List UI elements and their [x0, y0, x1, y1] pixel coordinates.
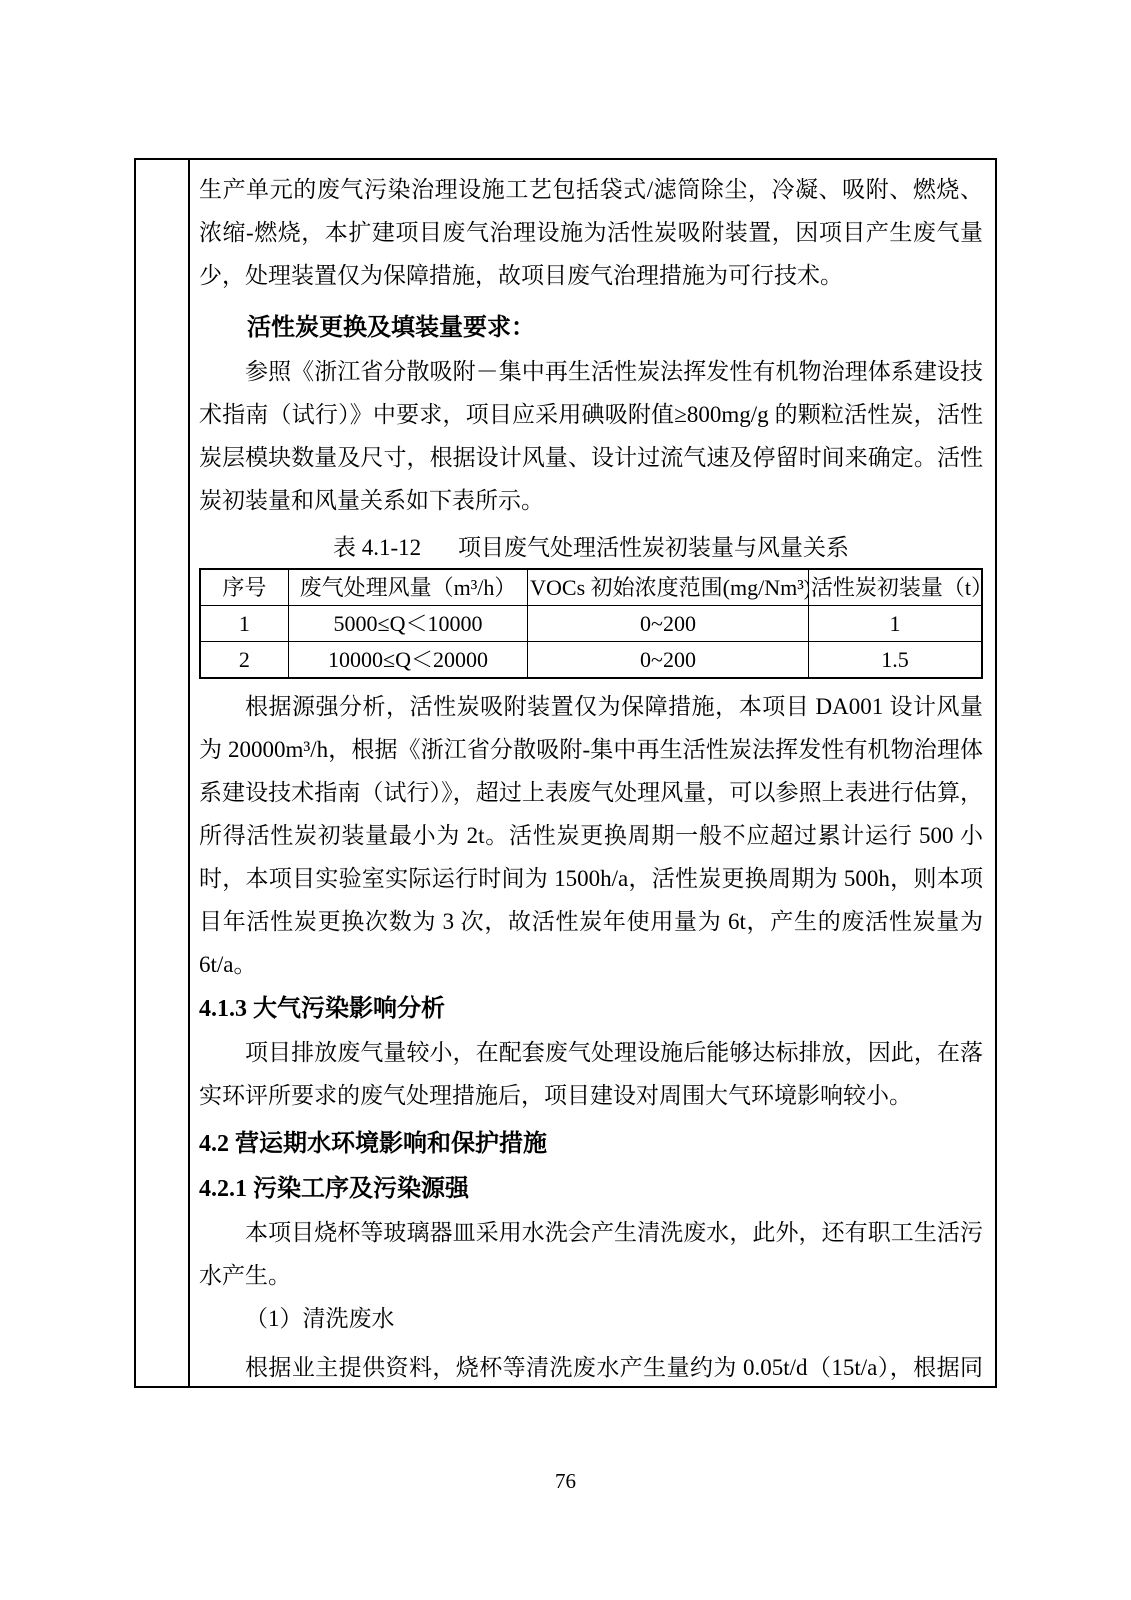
table-row: 1 5000≤Q＜10000 0~200 1	[200, 606, 982, 642]
para-cleaning-wastewater-detail: 根据业主提供资料，烧杯等清洗废水产生量约为 0.05t/d（15t/a），根据同…	[199, 1346, 983, 1386]
heading-4-2-1: 4.2.1 污染工序及污染源强	[199, 1168, 983, 1211]
table-header-cell: 序号	[200, 569, 288, 606]
table-header-cell: VOCs 初始浓度范围(mg/Nm³)	[528, 569, 809, 606]
para-source-analysis: 根据源强分析，活性炭吸附装置仅为保障措施，本项目 DA001 设计风量为 200…	[199, 685, 983, 986]
table-header-cell: 活性炭初装量（t）	[808, 569, 982, 606]
table-cell: 0~200	[528, 606, 809, 642]
table-caption-title: 项目废气处理活性炭初装量与风量关系	[458, 535, 849, 560]
table-row: 2 10000≤Q＜20000 0~200 1.5	[200, 642, 982, 679]
table-cell: 1.5	[808, 642, 982, 679]
table-cell: 1	[200, 606, 288, 642]
document-frame: 生产单元的废气污染治理设施工艺包括袋式/滤筒除尘，冷凝、吸附、燃烧、浓缩-燃烧，…	[134, 158, 997, 1388]
table-caption-label: 表 4.1-12	[333, 535, 421, 560]
table-cell: 5000≤Q＜10000	[288, 606, 527, 642]
table-cell: 0~200	[528, 642, 809, 679]
table-cell: 2	[200, 642, 288, 679]
heading-4-1-3: 4.1.3 大气污染影响分析	[199, 988, 983, 1031]
content-area: 生产单元的废气污染治理设施工艺包括袋式/滤筒除尘，冷凝、吸附、燃烧、浓缩-燃烧，…	[190, 160, 995, 1386]
item-cleaning-wastewater: （1）清洗废水	[199, 1297, 983, 1340]
margin-column	[136, 160, 190, 1386]
para-gas-treatment-intro: 生产单元的废气污染治理设施工艺包括袋式/滤筒除尘，冷凝、吸附、燃烧、浓缩-燃烧，…	[199, 168, 983, 297]
page-number: 76	[0, 1468, 1131, 1494]
para-air-impact: 项目排放废气量较小，在配套废气处理设施后能够达标排放，因此，在落实环评所要求的废…	[199, 1031, 983, 1117]
table-header-row: 序号 废气处理风量（m³/h） VOCs 初始浓度范围(mg/Nm³) 活性炭初…	[200, 569, 982, 606]
heading-4-2: 4.2 营运期水环境影响和保护措施	[199, 1123, 983, 1166]
para-wastewater-sources: 本项目烧杯等玻璃器皿采用水洗会产生清洗废水，此外，还有职工生活污水产生。	[199, 1211, 983, 1297]
table-caption: 表 4.1-12项目废气处理活性炭初装量与风量关系	[199, 528, 983, 568]
heading-activated-carbon-requirements: 活性炭更换及填装量要求：	[199, 307, 983, 350]
activated-carbon-table: 序号 废气处理风量（m³/h） VOCs 初始浓度范围(mg/Nm³) 活性炭初…	[199, 568, 983, 679]
table-cell: 10000≤Q＜20000	[288, 642, 527, 679]
table-cell: 1	[808, 606, 982, 642]
para-guideline-reference: 参照《浙江省分散吸附－集中再生活性炭法挥发性有机物治理体系建设技术指南（试行）》…	[199, 350, 983, 522]
table-header-cell: 废气处理风量（m³/h）	[288, 569, 527, 606]
